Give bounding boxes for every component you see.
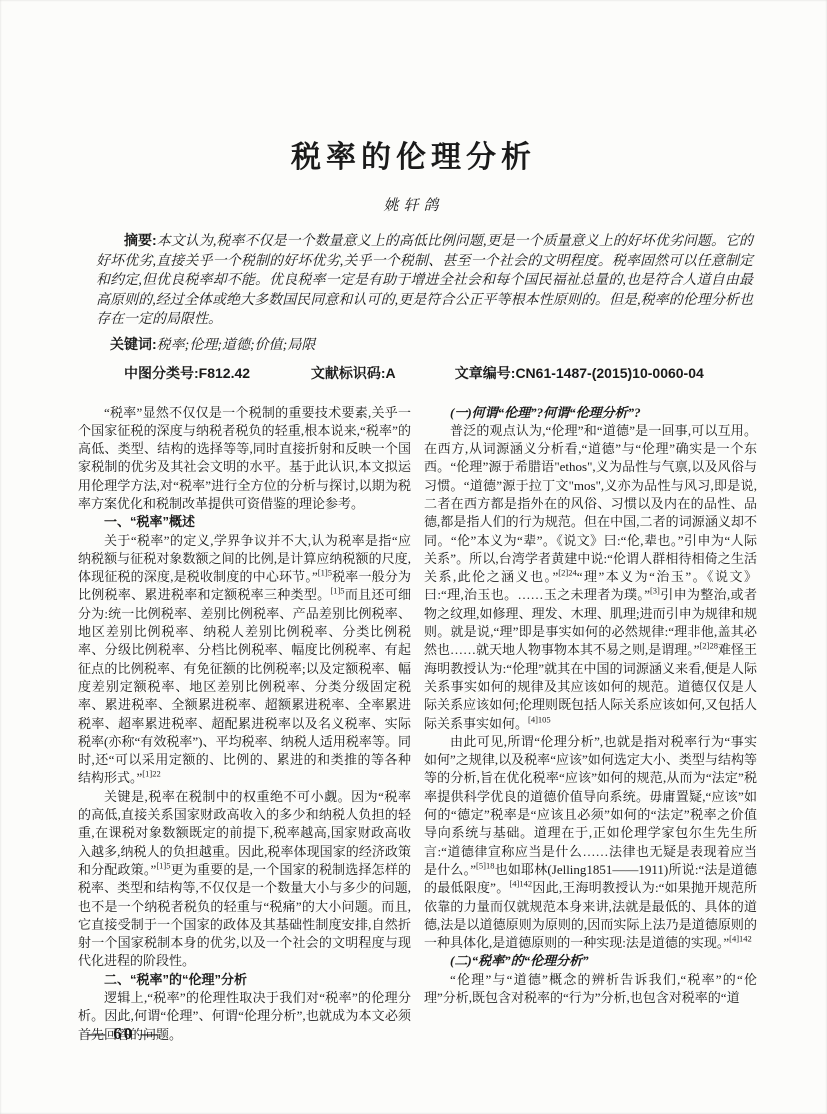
page-number: — 60 — [88,1024,160,1044]
citation-ref: [1]5 [330,586,344,596]
keywords-label: 关键词: [110,336,157,352]
column-left: “税率”显然不仅仅是一个税制的重要技术要素,关乎一个国家征税的深度与纳税者税负的… [78,404,411,1044]
abstract: 摘要:本文认为,税率不仅是一个数量意义上的高低比例问题,更是一个质量意义上的好坏… [96,231,753,330]
paragraph: “税率”显然不仅仅是一个税制的重要技术要素,关乎一个国家征税的深度与纳税者税负的… [78,404,411,514]
column-right: (一)何谓“伦理”?何谓“伦理分析”?普泛的观点认为,“伦理”和“道德”是一回事… [424,404,757,1044]
citation-ref: [5]18 [476,861,494,871]
citation-ref: [3] [650,586,660,596]
citation-ref: [1]5 [156,861,170,871]
citation-ref: [1]22 [142,769,160,779]
paper-page: 税率的伦理分析 姚轩鸽 摘要:本文认为,税率不仅是一个数量意义上的高低比例问题,… [0,0,827,1114]
section-heading: (二)“税率”的“伦理分析” [424,952,757,970]
article-id: 文章编号:CN61-1487-(2015)10-0060-04 [441,364,704,384]
section-heading: 一、“税率”概述 [78,513,411,531]
paragraph: 由此可见,所谓“伦理分析”,也就是指对税率行为“事实如何”之规律,以及税率“应该… [424,733,757,953]
section-heading: 二、“税率”的“伦理”分析 [78,971,411,989]
clc-number: 中图分类号:F812.42 [110,364,293,384]
paragraph: 关于“税率”的定义,学界争议并不大,认为税率是指“应纳税额与征税对象数额之间的比… [78,532,411,788]
paragraph: 关键是,税率在税制中的权重绝不可小觑。因为“税率的高低,直接关系国家财政高收入的… [78,788,411,971]
section-heading: (一)何谓“伦理”?何谓“伦理分析”? [424,404,757,422]
keywords: 关键词:税率;伦理;道德;价值;局限 [96,335,753,356]
citation-ref: [2]24 [558,568,576,578]
abstract-text: 本文认为,税率不仅是一个数量意义上的高低比例问题,更是一个质量意义上的好坏优劣问… [96,234,753,327]
page-title: 税率的伦理分析 [0,0,827,176]
front-matter: 摘要:本文认为,税率不仅是一个数量意义上的高低比例问题,更是一个质量意义上的好坏… [96,231,753,384]
paragraph: “伦理”与“道德”概念的辨析告诉我们,“税率”的“伦理”分析,既包含对税率的“行… [424,971,757,1008]
citation-ref: [2]28 [700,641,718,651]
citation-ref: [4]142 [509,879,532,889]
article-meta: 中图分类号:F812.42 文献标识码:A 文章编号:CN61-1487-(20… [96,364,753,384]
citation-ref: [4]142 [729,934,752,944]
author-name: 姚轩鸽 [0,194,827,215]
abstract-label: 摘要: [124,232,157,248]
citation-ref: [1]5 [318,568,332,578]
body-columns: “税率”显然不仅仅是一个税制的重要技术要素,关乎一个国家征税的深度与纳税者税负的… [78,404,757,1044]
keywords-text: 税率;伦理;道德;价值;局限 [157,338,316,353]
paragraph: 普泛的观点认为,“伦理”和“道德”是一回事,可以互用。在西方,从词源涵义分析看,… [424,422,757,733]
document-code: 文献标识码:A [297,364,437,384]
citation-ref: [4]105 [528,714,551,724]
